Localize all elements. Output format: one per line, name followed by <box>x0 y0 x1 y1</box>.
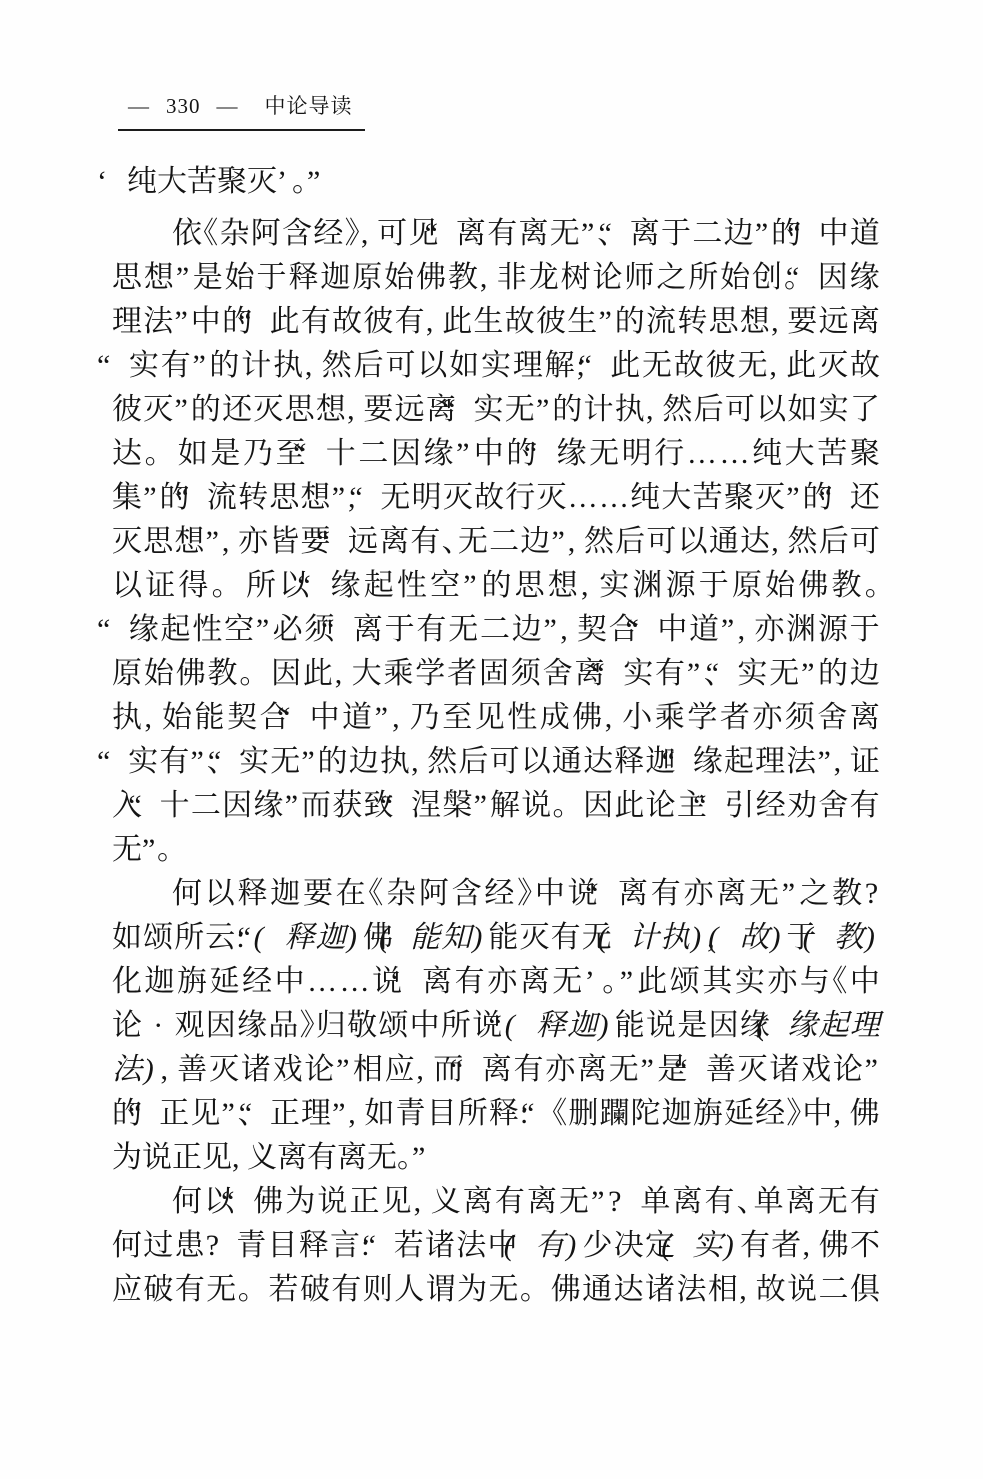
char: 离 <box>353 608 383 652</box>
char: 二 <box>692 212 722 256</box>
char: 有 <box>487 212 517 256</box>
char: “ <box>606 652 621 696</box>
char: 二 <box>480 608 510 652</box>
char: 灭 <box>443 476 473 520</box>
char: 彼 <box>363 300 393 344</box>
char: 。 <box>212 564 227 608</box>
char: 可 <box>725 388 755 432</box>
char: 故 <box>332 300 362 344</box>
char <box>254 1268 267 1312</box>
char: ” <box>865 1048 880 1092</box>
char: 于 <box>699 564 729 608</box>
char: ) <box>770 916 785 960</box>
char: 其 <box>702 960 732 1004</box>
char: 颂 <box>670 960 700 1004</box>
char: 中 <box>410 1004 440 1048</box>
char: 离 <box>520 960 550 1004</box>
char <box>162 432 175 476</box>
char: 始 <box>384 256 414 300</box>
char: 流 <box>646 300 676 344</box>
char: 躝 <box>600 1092 630 1136</box>
char: 计 <box>629 916 659 960</box>
text-line: 论·观因缘品》归敬颂中所说“(释迦)能说是因缘(缘起理 <box>112 1004 880 1048</box>
char: 亦 <box>683 872 713 916</box>
char: 达 <box>614 1268 644 1312</box>
char: 离 <box>850 300 880 344</box>
char: 有 <box>455 960 485 1004</box>
char: 离 <box>518 212 548 256</box>
char: 中 <box>802 1092 832 1136</box>
char: 于 <box>257 256 287 300</box>
char: 契 <box>577 608 607 652</box>
char: 有 <box>301 300 331 344</box>
char: 乃 <box>243 432 273 476</box>
char: 何 <box>112 1224 142 1268</box>
char: ” <box>474 784 489 828</box>
char: , <box>347 388 362 432</box>
char: 实 <box>693 1224 723 1268</box>
char: 的 <box>818 652 848 696</box>
char: , <box>145 696 160 740</box>
char: 说 <box>317 1180 347 1224</box>
char: 说 <box>787 1268 817 1312</box>
char: 无 <box>448 608 478 652</box>
char: ” <box>142 828 157 872</box>
char <box>536 1268 549 1312</box>
char: 说 <box>646 1004 676 1048</box>
char: 应 <box>112 1268 142 1312</box>
char: 大 <box>785 432 815 476</box>
char: ” <box>817 740 832 784</box>
char: 要 <box>303 872 333 916</box>
char: “ <box>614 212 629 256</box>
char: 亦 <box>752 696 782 740</box>
char: , <box>335 652 350 696</box>
char: ” <box>175 300 190 344</box>
char: 故 <box>674 344 704 388</box>
char: 苦 <box>693 476 723 520</box>
char: , <box>560 608 575 652</box>
char: 善 <box>706 1048 736 1092</box>
char: 迦 <box>270 872 300 916</box>
char: 是 <box>677 1004 707 1048</box>
char: 故 <box>756 1268 786 1312</box>
char: 论 <box>646 784 676 828</box>
char: 无 <box>642 344 672 388</box>
char: “ <box>112 608 127 652</box>
char: 故 <box>739 916 769 960</box>
text-line: 何以“佛为说正见,义离有离无”? 单离有、单离无有 <box>112 1180 880 1224</box>
char: 无 <box>818 1180 848 1224</box>
char: , <box>605 696 620 740</box>
char: 至 <box>442 696 472 740</box>
char: 明 <box>622 432 652 476</box>
char: 缘 <box>237 1004 267 1048</box>
char: , <box>568 520 583 564</box>
char: 达 <box>740 520 770 564</box>
char: 佛 <box>572 696 602 740</box>
page-number: 330 <box>166 94 201 118</box>
char: 此 <box>270 300 300 344</box>
char: ” <box>143 476 158 520</box>
char: ( <box>723 916 738 960</box>
char: “ <box>143 1092 158 1136</box>
char: 《 <box>552 1092 567 1136</box>
char: 引 <box>724 784 754 828</box>
char: 可 <box>646 520 676 564</box>
char: 决 <box>614 1224 644 1268</box>
char: 言 <box>330 1224 360 1268</box>
char: 无 <box>488 1268 518 1312</box>
char: 经 <box>242 960 272 1004</box>
char: 达 <box>583 740 613 784</box>
char: 不 <box>850 1224 880 1268</box>
char: 理 <box>112 300 142 344</box>
char: 过 <box>143 1224 173 1268</box>
char: 劝 <box>787 784 817 828</box>
char: 师 <box>624 256 654 300</box>
text-line: 何过患? 青目释言:“若诸法中(有)少决定(实)有者,佛不 <box>112 1224 880 1268</box>
char: 如 <box>364 1092 394 1136</box>
char: 离 <box>379 520 409 564</box>
char: 始 <box>765 564 795 608</box>
char: 故 <box>505 300 535 344</box>
char: 大 <box>157 160 187 204</box>
char: 聚 <box>724 476 754 520</box>
char: 二 <box>191 784 221 828</box>
char: , <box>161 1048 176 1092</box>
char: 灭 <box>112 520 142 564</box>
char: 性 <box>507 696 537 740</box>
char: 然 <box>662 388 692 432</box>
text-line: 入“十二因缘”而获致“涅槃”解说。 因此论主“引经劝舍有 <box>112 784 880 828</box>
char: 乘 <box>383 652 413 696</box>
char: 为 <box>112 1136 142 1180</box>
char: 后 <box>458 740 488 784</box>
text-line: “实有”、“实无”的边执,然后可以通达释迦“缘起理法”,证 <box>112 740 880 784</box>
char: 因 <box>709 1004 739 1048</box>
char: 可 <box>850 520 880 564</box>
char: 者 <box>771 1224 801 1268</box>
char: 相 <box>708 1268 738 1312</box>
char: ? <box>865 872 880 916</box>
char: 。 <box>397 1136 412 1180</box>
char: 中 <box>535 872 565 916</box>
char: 渊 <box>632 564 662 608</box>
char: “ <box>802 212 817 256</box>
char: 颂 <box>378 1004 408 1048</box>
char: 中 <box>191 300 221 344</box>
char: 转 <box>238 476 268 520</box>
char: 要 <box>363 388 393 432</box>
char: 论 <box>304 1048 334 1092</box>
char: 思 <box>285 388 315 432</box>
char: ” <box>599 300 614 344</box>
char: 延 <box>724 1092 754 1136</box>
char: ” <box>332 476 347 520</box>
char: 执 <box>112 696 142 740</box>
char: 教 <box>448 256 478 300</box>
char: 见 <box>190 1092 220 1136</box>
char: 要 <box>787 300 817 344</box>
char: 阿 <box>419 872 449 916</box>
char: 理 <box>513 344 543 388</box>
char: 乃 <box>410 696 440 740</box>
char: 灭 <box>818 344 848 388</box>
char: 离 <box>463 1180 493 1224</box>
char: 证 <box>850 740 880 784</box>
char: 始 <box>144 652 174 696</box>
header-right-dash: — <box>217 94 239 118</box>
char: 佛 <box>253 1180 283 1224</box>
char: “ <box>312 564 327 608</box>
char: 诸 <box>241 1048 271 1092</box>
char: 后 <box>615 520 645 564</box>
char: 此 <box>614 784 644 828</box>
char: 无 <box>112 828 142 872</box>
char: “ <box>308 432 323 476</box>
char: 能 <box>615 1004 645 1048</box>
char: 说 <box>142 1136 172 1180</box>
char: 后 <box>354 344 384 388</box>
char: ( <box>771 1004 786 1048</box>
char: 佛 <box>176 652 206 696</box>
char: 义 <box>247 1136 277 1180</box>
char: “ <box>143 784 158 828</box>
char: 佛 <box>819 1224 849 1268</box>
char: 中 <box>657 608 687 652</box>
char: 离 <box>422 960 452 1004</box>
char: 迦 <box>320 256 350 300</box>
text-line: 理法”中的“此有故彼有,此生故彼生”的流转思想,要远离 <box>112 300 880 344</box>
char: 》 <box>517 872 532 916</box>
char: ” <box>536 388 551 432</box>
char: 无 <box>589 432 619 476</box>
char: 旃 <box>693 1092 723 1136</box>
char: 释 <box>299 1224 329 1268</box>
char: 实 <box>473 388 503 432</box>
char <box>256 652 269 696</box>
char: 远 <box>395 388 425 432</box>
char: 中 <box>310 696 340 740</box>
char: 纯 <box>752 432 782 476</box>
char: 》 <box>345 212 360 256</box>
char: 二 <box>358 432 388 476</box>
char: 中 <box>474 432 504 476</box>
text-line: 的“正见”、“正理”,如青目所释:“《删躝陀迦旃延经》中,佛 <box>112 1092 880 1136</box>
char: , <box>222 520 237 564</box>
char: 思 <box>143 520 173 564</box>
char: 的 <box>191 388 221 432</box>
char: , <box>769 344 784 388</box>
char: ” <box>206 520 221 564</box>
char: 、 <box>737 1180 752 1224</box>
text-line: 灭思想”,亦皆要“远离有、无二边”,然后可以通达,然后可 <box>112 520 880 564</box>
char: 聚 <box>217 160 247 204</box>
char: ” <box>222 1092 237 1136</box>
char: 单 <box>640 1180 670 1224</box>
char: 有 <box>307 1136 337 1180</box>
char: 离 <box>672 1180 702 1224</box>
char: 想 <box>740 300 770 344</box>
char: 可 <box>490 740 520 784</box>
char: 正 <box>270 1092 300 1136</box>
char: 须 <box>785 696 815 740</box>
char: ) <box>566 1224 581 1268</box>
char: 所 <box>458 1092 488 1136</box>
char: 行 <box>505 476 535 520</box>
char: ” <box>412 1136 427 1180</box>
char: ’ <box>585 960 600 1004</box>
char: 法 <box>676 1268 706 1312</box>
char: … <box>719 432 749 476</box>
text-line: 以证得。 所以“缘起性空”的思想,实渊源于原始佛教。 <box>112 564 880 608</box>
char: 学 <box>415 652 445 696</box>
char: ’ <box>277 160 292 204</box>
char: 皆 <box>269 520 299 564</box>
char: 说 <box>521 784 551 828</box>
char: 彼 <box>706 344 736 388</box>
char: 所 <box>174 916 204 960</box>
char: ) <box>472 916 487 960</box>
text-line: “缘起性空”必须“离于有无二边”,契合“中道”,亦渊源于 <box>112 608 880 652</box>
char: 亦 <box>767 960 797 1004</box>
char: 教 <box>832 872 862 916</box>
char: 思 <box>709 300 739 344</box>
char: ( <box>520 1004 535 1048</box>
char: 缘 <box>557 432 587 476</box>
char: 亦 <box>754 608 784 652</box>
char: 法 <box>112 1048 142 1092</box>
char: 如 <box>112 916 142 960</box>
char: 破 <box>143 1268 173 1312</box>
char: 有 <box>331 1268 361 1312</box>
text-line: 集”的“流转思想”,“无明灭故行灭……纯大苦聚灭”的“还 <box>112 476 880 520</box>
char: 善 <box>177 1048 207 1092</box>
char: 固 <box>479 652 509 696</box>
text-line: 应破有无。 若破有则人谓为无。 佛通达诸法相,故说二俱 <box>112 1268 880 1312</box>
char: , <box>426 300 441 344</box>
char: … <box>599 476 629 520</box>
char: 还 <box>850 476 880 520</box>
char: “ <box>677 740 692 784</box>
char: 有 <box>495 1180 525 1224</box>
char: 删 <box>568 1092 598 1136</box>
char: 者 <box>720 696 750 740</box>
char: 佛 <box>850 1092 880 1136</box>
char: “ <box>112 740 127 784</box>
char: 戏 <box>801 1048 831 1092</box>
char: 理 <box>850 1004 880 1048</box>
char: 教 <box>208 652 238 696</box>
char: ( <box>394 916 409 960</box>
char: 苦 <box>187 160 217 204</box>
char: “ <box>801 256 816 300</box>
char: , <box>771 300 786 344</box>
char: 小 <box>622 696 652 740</box>
char: 教 <box>832 564 862 608</box>
char: , <box>581 564 596 608</box>
char: 正 <box>172 1136 202 1180</box>
char: … <box>340 960 370 1004</box>
char: 此 <box>303 652 333 696</box>
char: 无 <box>206 1268 236 1312</box>
char: 亦 <box>545 1048 575 1092</box>
char: ( <box>269 916 284 960</box>
char: ‘ <box>112 160 127 204</box>
text-line: ‘纯大苦聚灭’。” <box>112 160 880 204</box>
char: 云 <box>205 916 235 960</box>
char: 灭 <box>247 160 277 204</box>
page-body: ‘纯大苦聚灭’。”依《杂阿含经》,可见“离有离无”、“离于二边”的“中道思想”是… <box>112 160 880 1312</box>
char: 归 <box>316 1004 346 1048</box>
char: ” <box>301 740 316 784</box>
char: “ <box>689 1048 704 1092</box>
char: 因 <box>222 784 252 828</box>
char: 解 <box>545 344 575 388</box>
char: 无 <box>270 740 300 784</box>
char: 渊 <box>786 608 816 652</box>
char: 后 <box>694 388 724 432</box>
text-line: 执,始能契合“中道”,乃至见性成佛,小乘学者亦须舍离 <box>112 696 880 740</box>
char: 大 <box>661 476 691 520</box>
char: 灭 <box>537 476 567 520</box>
char: 通 <box>582 1268 612 1312</box>
char: , <box>392 696 407 740</box>
char: “ <box>457 388 472 432</box>
char: 缘 <box>693 740 723 784</box>
char: 流 <box>207 476 237 520</box>
char: 有 <box>850 1180 880 1224</box>
char: , <box>305 344 320 388</box>
char: 俱 <box>850 1268 880 1312</box>
char: ” <box>256 608 271 652</box>
char: 中 <box>275 960 305 1004</box>
char: 聚 <box>850 432 880 476</box>
char: 原 <box>732 564 762 608</box>
char: 以 <box>112 564 142 608</box>
char: 释 <box>288 256 318 300</box>
char: 执 <box>615 388 645 432</box>
char: 缘 <box>129 608 159 652</box>
char: 理 <box>755 740 785 784</box>
char: ) <box>144 1048 159 1092</box>
char: , <box>803 1224 818 1268</box>
char: 义 <box>431 1180 461 1224</box>
char: 诸 <box>769 1048 799 1092</box>
char: 《 <box>203 212 218 256</box>
char: 是 <box>193 256 223 300</box>
char: 无 <box>609 1048 639 1092</box>
char: , <box>411 740 426 784</box>
char: 始 <box>162 696 192 740</box>
char: , <box>348 1092 363 1136</box>
char: ? <box>608 1180 623 1224</box>
char: 实 <box>819 388 849 432</box>
char: , <box>771 520 786 564</box>
char: 缘 <box>850 256 880 300</box>
char: 观 <box>175 1004 205 1048</box>
char: 思 <box>269 476 299 520</box>
char: 非 <box>497 256 527 300</box>
char: 的 <box>318 740 348 784</box>
char <box>230 564 243 608</box>
char: ” <box>456 432 471 476</box>
char: “ <box>292 696 307 740</box>
char: 》 <box>300 1004 315 1048</box>
char: 道 <box>850 212 880 256</box>
char: 想 <box>144 256 174 300</box>
